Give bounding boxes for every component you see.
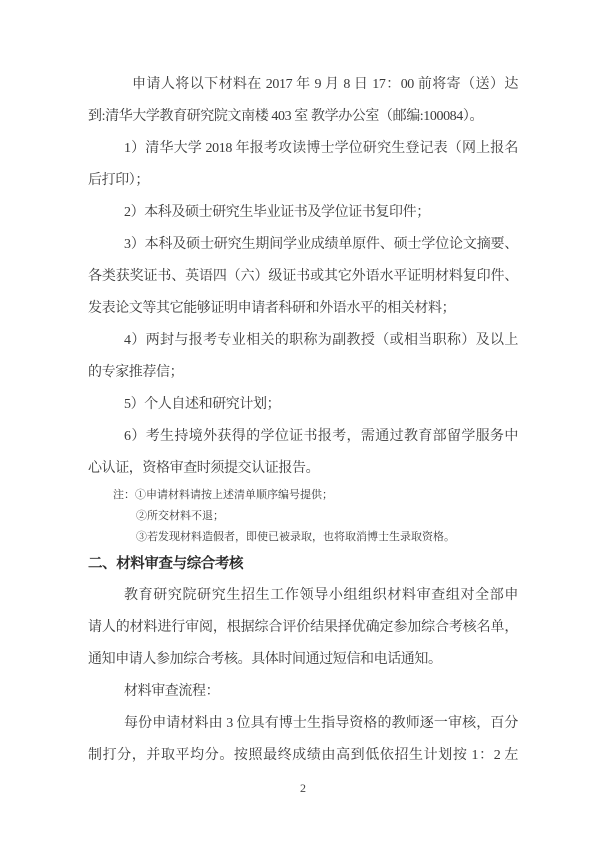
material-item-4-line-2: 的专家推荐信；: [88, 357, 518, 389]
note-line-1: 注：①申请材料请按上述清单顺序编号提供；: [88, 485, 518, 506]
section-heading-review: 二、材料审查与综合考核: [88, 548, 518, 580]
material-item-6-line-2: 心认证，资格审查时须提交认证报告。: [88, 453, 518, 485]
scoring-para-line-1: 每份申请材料由 3 位具有博士生指导资格的教师逐一审核，百分: [88, 708, 518, 740]
material-item-1-line-1: 1）清华大学 2018 年报考攻读博士学位研究生登记表（网上报名: [88, 133, 518, 165]
material-item-1-line-2: 后打印）；: [88, 165, 518, 197]
review-para-line-3: 通知申请人参加综合考核。具体时间通过短信和电话通知。: [88, 644, 518, 676]
material-item-3-line-2: 各类获奖证书、英语四（六）级证书或其它外语水平证明材料复印件、: [88, 261, 518, 293]
review-para-line-1: 教育研究院研究生招生工作领导小组组织材料审查组对全部申: [88, 580, 518, 612]
material-item-3-line-3: 发表论文等其它能够证明申请者科研和外语水平的相关材料；: [88, 293, 518, 325]
document-body: 申请人将以下材料在 2017 年 9 月 8 日 17：00 前将寄（送）达 到…: [88, 69, 518, 796]
material-item-6-line-1: 6）考生持境外获得的学位证书报考，需通过教育部留学服务中: [88, 421, 518, 453]
scoring-para-line-2: 制打分，并取平均分。按照最终成绩由高到低依招生计划按 1：2 左: [88, 740, 518, 772]
page-number: 2: [88, 780, 518, 796]
material-item-5-line: 5）个人自述和研究计划；: [88, 389, 518, 421]
mailing-intro-line-1: 申请人将以下材料在 2017 年 9 月 8 日 17：00 前将寄（送）达: [88, 69, 518, 101]
mailing-intro-line-2: 到:清华大学教育研究院文南楼 403 室 教学办公室（邮编:100084）。: [88, 101, 518, 133]
review-para-line-2: 请人的材料进行审阅，根据综合评价结果择优确定参加综合考核名单，: [88, 612, 518, 644]
material-item-3-line-1: 3）本科及硕士研究生期间学业成绩单原件、硕士学位论文摘要、: [88, 229, 518, 261]
process-label-line: 材料审查流程：: [88, 676, 518, 708]
note-line-2: ②所交材料不退；: [88, 506, 518, 527]
material-item-4-line-1: 4）两封与报考专业相关的职称为副教授（或相当职称）及以上: [88, 325, 518, 357]
note-line-3: ③若发现材料造假者，即使已被录取，也将取消博士生录取资格。: [88, 527, 518, 548]
material-item-2-line: 2）本科及硕士研究生毕业证书及学位证书复印件；: [88, 197, 518, 229]
scanned-document-page: 申请人将以下材料在 2017 年 9 月 8 日 17：00 前将寄（送）达 到…: [0, 0, 600, 849]
